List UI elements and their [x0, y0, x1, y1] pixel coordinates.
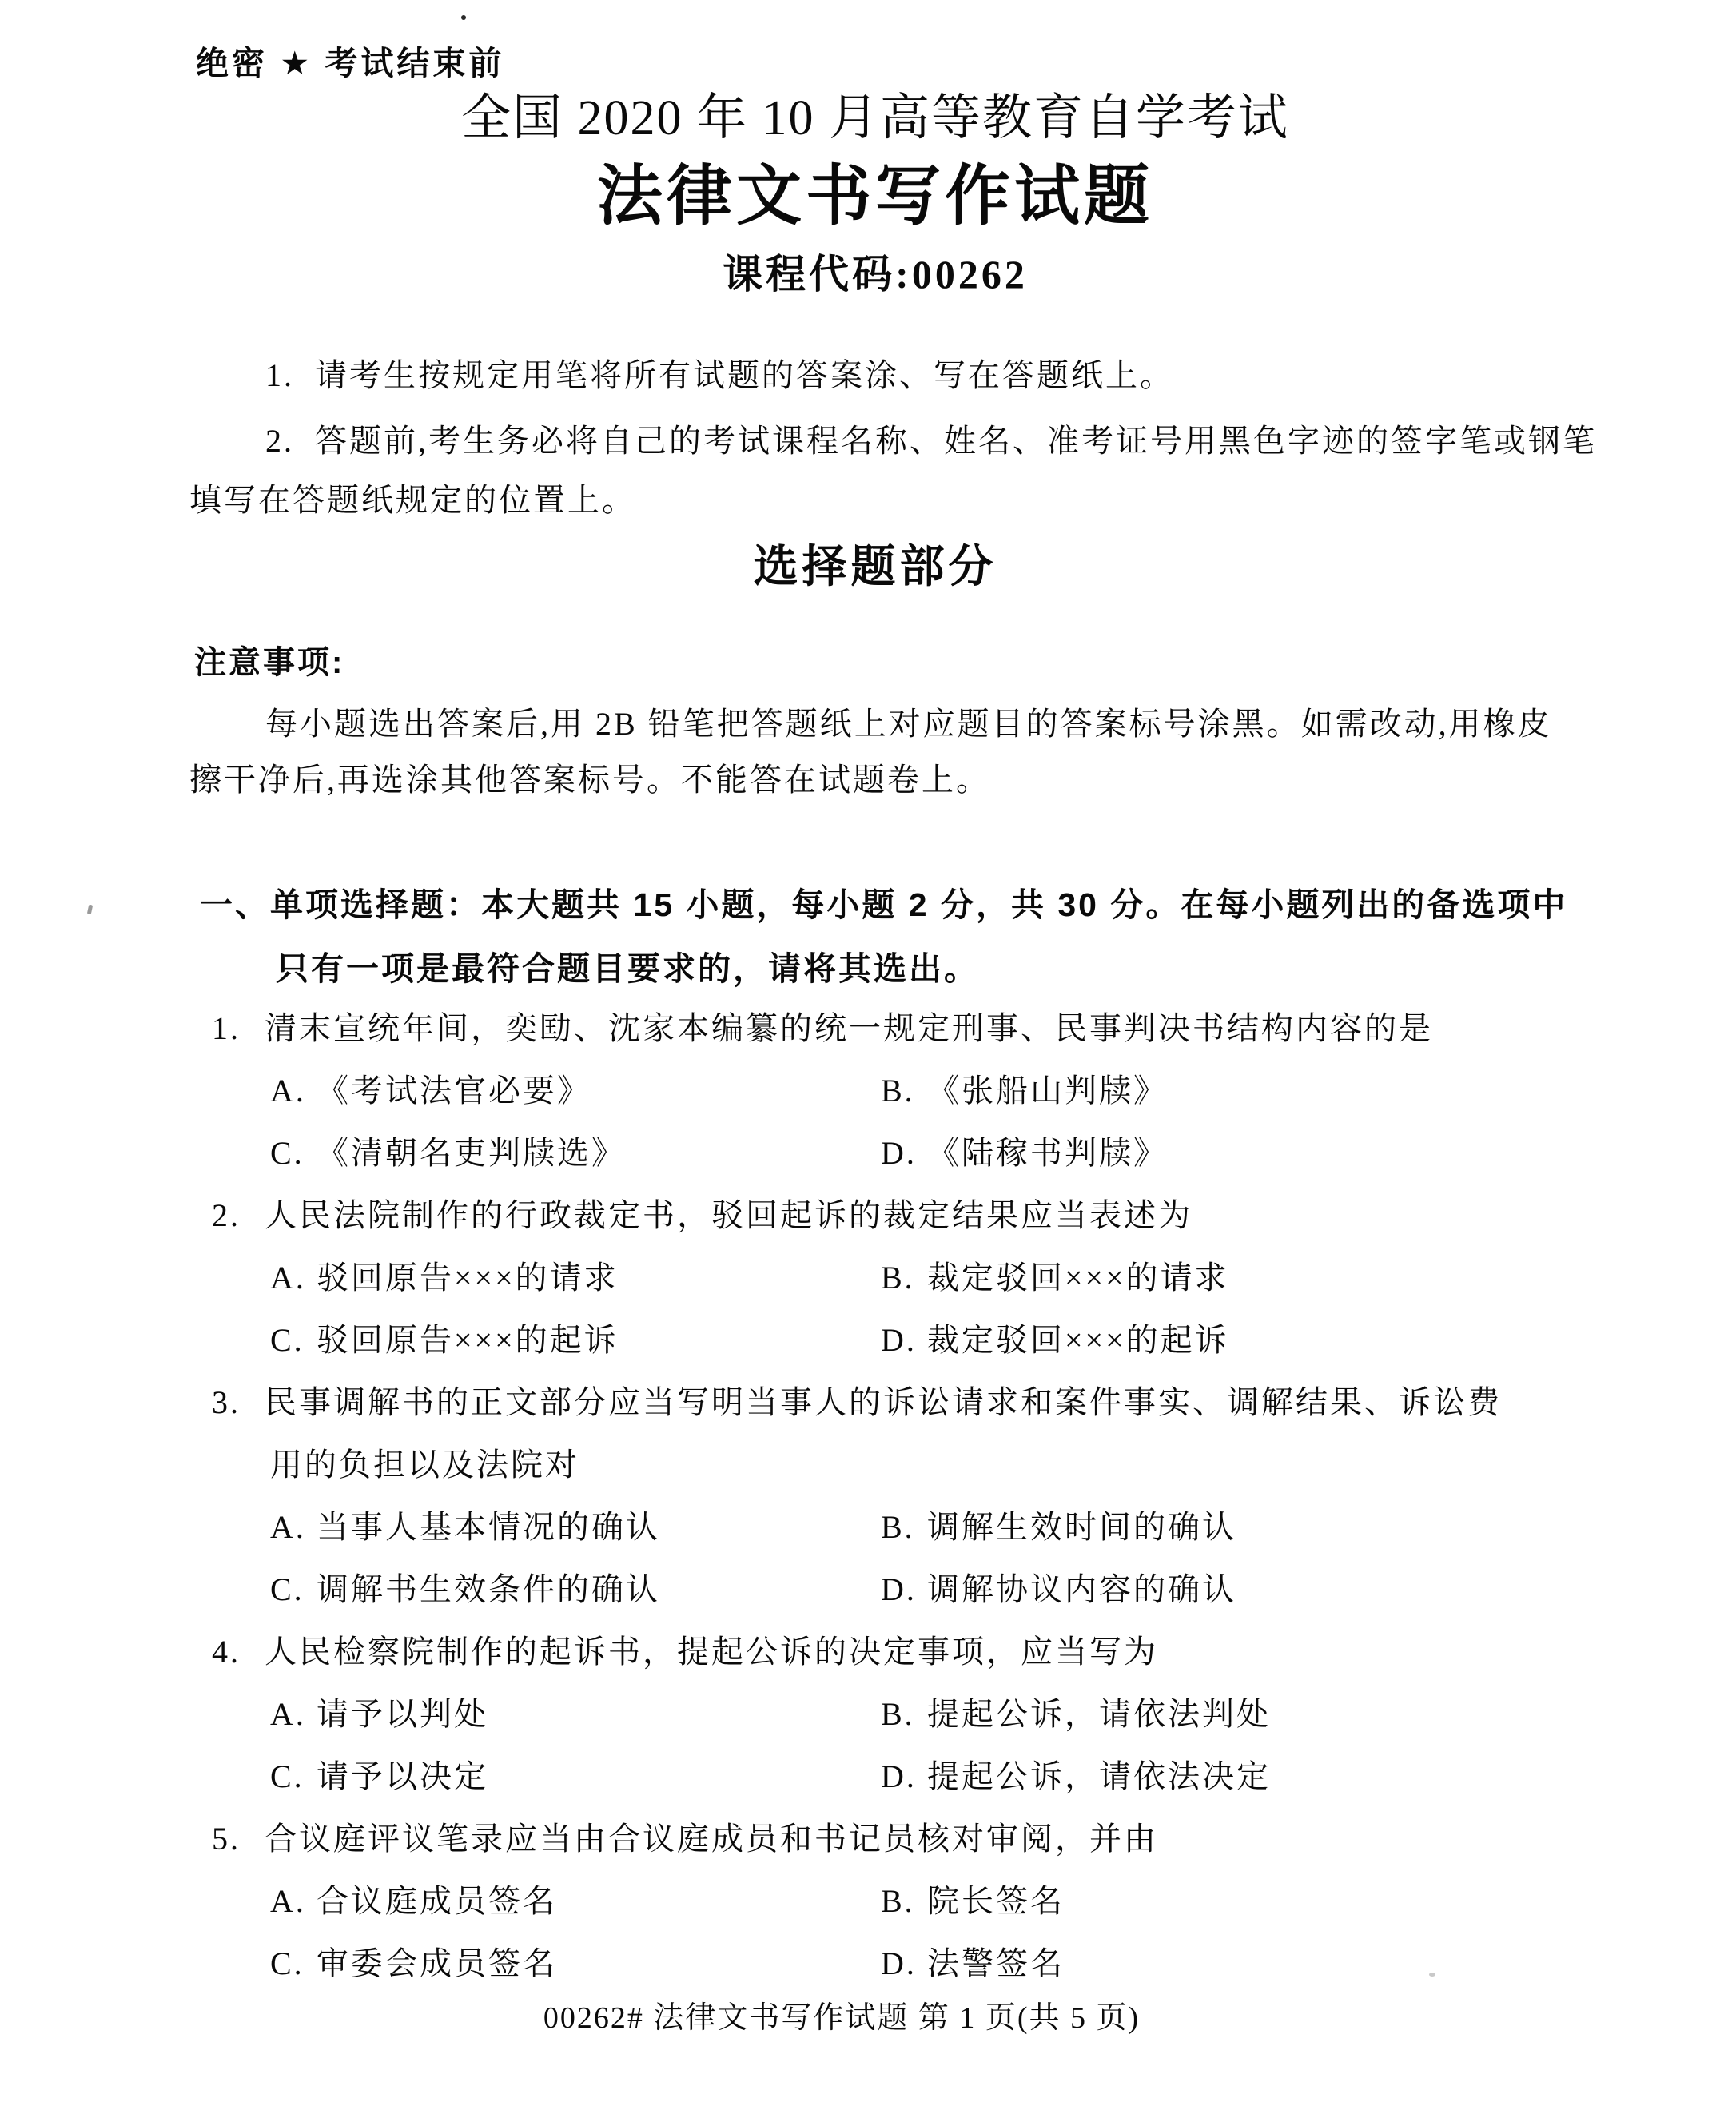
exam-session-title: 全国 2020 年 10 月高等教育自学考试: [0, 90, 1736, 148]
option-label: C.: [270, 1321, 317, 1359]
question-1-stem: 1.清末宣统年间，奕劻、沈家本编纂的统一规定刑事、民事判决书结构内容的是: [212, 1009, 1433, 1047]
option-text: 调解生效时间的确认: [927, 1509, 1236, 1545]
question-number: 4.: [212, 1633, 265, 1670]
question-4-option-c: C.请予以决定: [270, 1758, 488, 1795]
notice-line-1: 每小题选出答案后,用 2B 铅笔把答题纸上对应题目的答案标号涂黑。如需改动,用橡…: [265, 705, 1552, 742]
question-2-option-d: D.裁定驳回×××的起诉: [881, 1321, 1229, 1359]
option-text: 请予以决定: [317, 1758, 488, 1794]
option-label: C.: [270, 1945, 317, 1982]
option-label: B.: [881, 1259, 927, 1296]
question-3-option-c: C.调解书生效条件的确认: [270, 1571, 660, 1608]
option-text: 当事人基本情况的确认: [317, 1509, 660, 1545]
option-label: A.: [270, 1259, 317, 1296]
option-label: C.: [270, 1571, 317, 1608]
option-text: 审委会成员签名: [317, 1945, 557, 1981]
option-text: 《张船山判牍》: [927, 1073, 1168, 1109]
question-number: 3.: [212, 1383, 265, 1421]
option-label: B.: [881, 1508, 927, 1546]
option-text: 《清朝名吏判牍选》: [317, 1135, 626, 1171]
section-one-heading: 一、单项选择题：本大题共 15 小题，每小题 2 分，共 30 分。在每小题列出…: [200, 886, 1567, 924]
course-code: 课程代码:00262: [0, 251, 1736, 298]
option-label: C.: [270, 1758, 317, 1795]
option-label: C.: [270, 1134, 317, 1172]
instruction-2-continued: 填写在答题纸规定的位置上。: [189, 481, 636, 519]
option-text: 院长签名: [927, 1883, 1065, 1919]
option-label: A.: [270, 1695, 317, 1733]
question-5-option-c: C.审委会成员签名: [270, 1945, 557, 1982]
page-footer: 00262# 法律文书写作试题 第 1 页(共 5 页): [0, 2001, 1683, 2036]
option-text: 《考试法官必要》: [317, 1073, 591, 1109]
question-4-stem: 4.人民检察院制作的起诉书，提起公诉的决定事项，应当写为: [212, 1633, 1158, 1670]
option-text: 请予以判处: [317, 1696, 488, 1732]
option-label: B.: [881, 1072, 927, 1109]
question-4-option-a: A.请予以判处: [270, 1695, 488, 1733]
question-stem-text: 人民检察院制作的起诉书，提起公诉的决定事项，应当写为: [265, 1634, 1158, 1670]
question-1-option-d: D.《陆稼书判牍》: [881, 1134, 1168, 1172]
exam-paper-page: 绝密 ★ 考试结束前 全国 2020 年 10 月高等教育自学考试 法律文书写作…: [0, 0, 1736, 2106]
option-label: D.: [881, 1945, 927, 1982]
question-2-option-b: B.裁定驳回×××的请求: [881, 1259, 1229, 1296]
question-stem-text: 用的负担以及法院对: [270, 1447, 579, 1483]
option-label: B.: [881, 1882, 927, 1920]
option-text: 提起公诉，请依法判处: [927, 1696, 1271, 1732]
notice-line-2: 擦干净后,再选涂其他答案标号。不能答在试题卷上。: [189, 761, 990, 798]
question-3-stem: 3.民事调解书的正文部分应当写明当事人的诉讼请求和案件事实、调解结果、诉讼费: [212, 1383, 1502, 1421]
question-stem-text: 合议庭评议笔录应当由合议庭成员和书记员核对审阅，并由: [265, 1821, 1158, 1857]
notice-label: 注意事项:: [194, 644, 344, 682]
question-stem-text: 人民法院制作的行政裁定书，驳回起诉的裁定结果应当表述为: [265, 1197, 1193, 1233]
question-stem-text: 民事调解书的正文部分应当写明当事人的诉讼请求和案件事实、调解结果、诉讼费: [265, 1384, 1502, 1420]
part-title: 选择题部分: [0, 540, 1736, 593]
question-number: 2.: [212, 1196, 265, 1234]
option-text: 《陆稼书判牍》: [927, 1135, 1168, 1171]
question-2-stem: 2.人民法院制作的行政裁定书，驳回起诉的裁定结果应当表述为: [212, 1196, 1193, 1234]
option-label: A.: [270, 1882, 317, 1920]
option-label: D.: [881, 1134, 927, 1172]
question-5-stem: 5.合议庭评议笔录应当由合议庭成员和书记员核对审阅，并由: [212, 1820, 1158, 1857]
option-label: A.: [270, 1072, 317, 1109]
option-text: 裁定驳回×××的起诉: [927, 1322, 1229, 1358]
option-text: 合议庭成员签名: [317, 1883, 557, 1919]
scan-speck: [461, 15, 466, 20]
question-5-option-a: A.合议庭成员签名: [270, 1882, 557, 1920]
question-number: 1.: [212, 1009, 265, 1047]
question-5-option-d: D.法警签名: [881, 1945, 1065, 1982]
question-3-option-b: B.调解生效时间的确认: [881, 1508, 1236, 1546]
question-3-option-d: D.调解协议内容的确认: [881, 1571, 1236, 1608]
question-3-option-a: A.当事人基本情况的确认: [270, 1508, 660, 1546]
option-text: 调解协议内容的确认: [927, 1571, 1236, 1607]
question-1-option-a: A.《考试法官必要》: [270, 1072, 591, 1109]
instruction-1: 1. 请考生按规定用笔将所有试题的答案涂、写在答题纸上。: [265, 356, 1174, 394]
question-4-option-b: B.提起公诉，请依法判处: [881, 1695, 1271, 1733]
section-one-heading-continued: 只有一项是最符合题目要求的，请将其选出。: [276, 949, 979, 988]
option-text: 法警签名: [927, 1945, 1065, 1981]
question-1-option-b: B.《张船山判牍》: [881, 1072, 1168, 1109]
option-text: 驳回原告×××的起诉: [317, 1322, 619, 1358]
option-text: 裁定驳回×××的请求: [927, 1260, 1229, 1296]
question-1-option-c: C.《清朝名吏判牍选》: [270, 1134, 626, 1172]
option-label: D.: [881, 1321, 927, 1359]
option-label: A.: [270, 1508, 317, 1546]
question-stem-text: 清末宣统年间，奕劻、沈家本编纂的统一规定刑事、民事判决书结构内容的是: [265, 1010, 1433, 1046]
scan-speck: [87, 905, 93, 915]
option-label: D.: [881, 1758, 927, 1795]
option-text: 提起公诉，请依法决定: [927, 1758, 1271, 1794]
question-number: 5.: [212, 1820, 265, 1857]
scan-speck: [1429, 1973, 1435, 1977]
question-2-option-a: A.驳回原告×××的请求: [270, 1259, 619, 1296]
question-2-option-c: C.驳回原告×××的起诉: [270, 1321, 619, 1359]
option-text: 调解书生效条件的确认: [317, 1571, 660, 1607]
security-classification: 绝密 ★ 考试结束前: [196, 44, 505, 82]
exam-title: 法律文书写作试题: [0, 158, 1736, 236]
question-5-option-b: B.院长签名: [881, 1882, 1065, 1920]
option-label: B.: [881, 1695, 927, 1733]
instruction-2: 2. 答题前,考生务必将自己的考试课程名称、姓名、准考证号用黑色字迹的签字笔或钢…: [265, 422, 1597, 460]
option-text: 驳回原告×××的请求: [317, 1260, 619, 1296]
option-label: D.: [881, 1571, 927, 1608]
question-3-stem-continued: 用的负担以及法院对: [270, 1446, 579, 1483]
question-4-option-d: D.提起公诉，请依法决定: [881, 1758, 1271, 1795]
